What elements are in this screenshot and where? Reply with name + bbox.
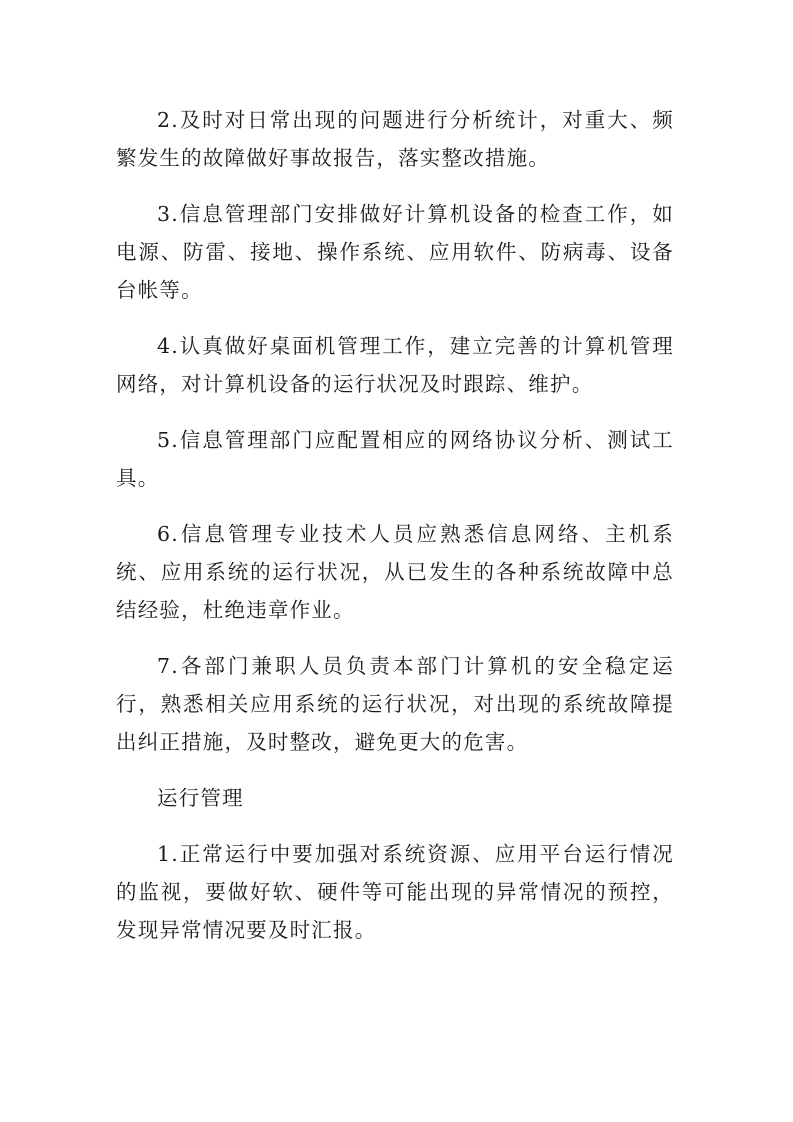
paragraph-item-5: 5.信息管理部门应配置相应的网络协议分析、测试工具。 [116, 421, 674, 497]
section-heading: 运行管理 [116, 779, 674, 817]
paragraph-item-3: 3.信息管理部门安排做好计算机设备的检查工作，如电源、防雷、接地、操作系统、应用… [116, 195, 674, 309]
paragraph-item-4: 4.认真做好桌面机管理工作，建立完善的计算机管理网络，对计算机设备的运行状况及时… [116, 327, 674, 403]
paragraph-item-2: 2.及时对日常出现的问题进行分析统计，对重大、频繁发生的故障做好事故报告，落实整… [116, 101, 674, 177]
paragraph-ops-1: 1.正常运行中要加强对系统资源、应用平台运行情况的监视，要做好软、硬件等可能出现… [116, 835, 674, 949]
document-page: 2.及时对日常出现的问题进行分析统计，对重大、频繁发生的故障做好事故报告，落实整… [116, 101, 674, 967]
paragraph-item-6: 6.信息管理专业技术人员应熟悉信息网络、主机系统、应用系统的运行状况，从已发生的… [116, 515, 674, 629]
paragraph-item-7: 7.各部门兼职人员负责本部门计算机的安全稳定运行，熟悉相关应用系统的运行状况，对… [116, 647, 674, 761]
